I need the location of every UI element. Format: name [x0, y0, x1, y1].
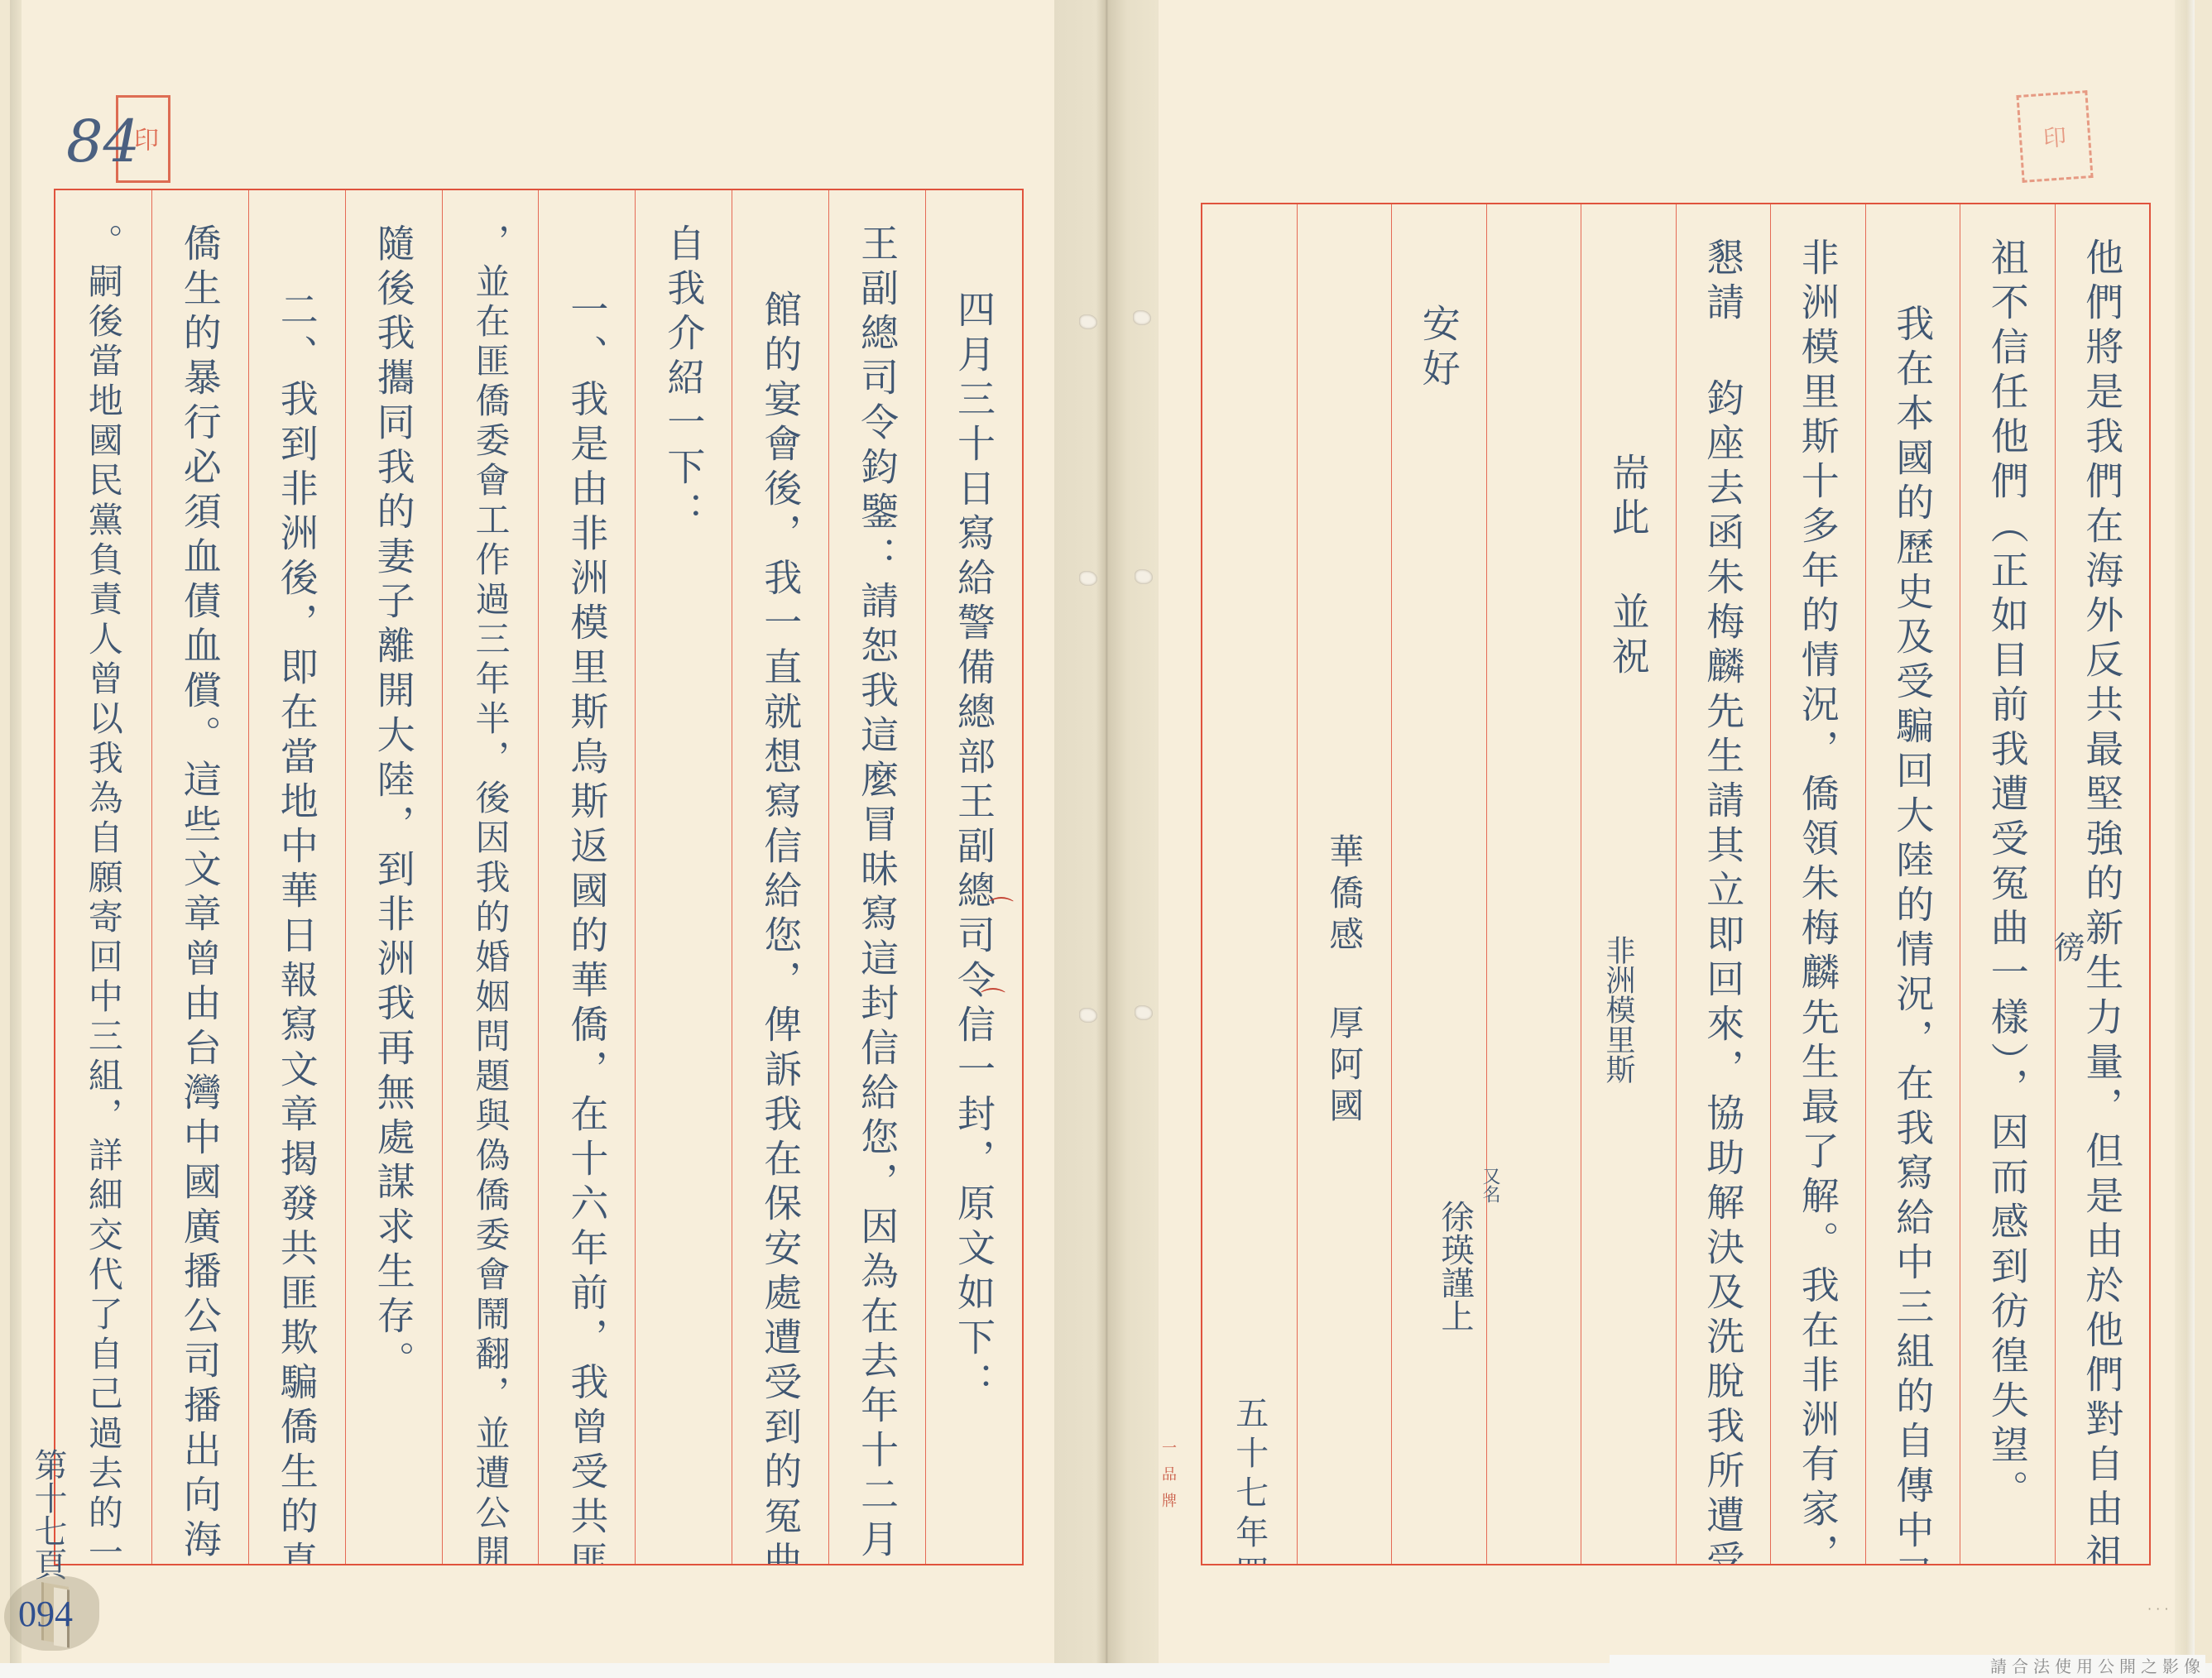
signature-origin: 非洲模里斯 [1597, 935, 1639, 1084]
binding-hole [1079, 571, 1097, 586]
date-column: 五十七年四月廿二日 [1202, 204, 1297, 1564]
seal-stamp-right: 印 [2016, 90, 2093, 183]
binding-hole [1079, 314, 1097, 329]
text-column: 一、我是由非洲模里斯烏斯返國的華僑，在十六年前，我曾受共匪欺騙進入大陸 [538, 190, 635, 1564]
text-column: 他們將是我們在海外反共最堅強的新生力量，但是由於他們對自由祖國政策不了解，又怕自… [2055, 204, 2150, 1564]
text-column: 。嗣後當地國民黨負責人曾以我為自願寄回中三組，詳細交代了自己過去的一切問題。（這… [55, 190, 151, 1564]
closing-line-2: 並祝 [1610, 592, 1648, 681]
right-page-grid: 他們將是我們在海外反共最堅強的新生力量，但是由於他們對自由祖國政策不了解，又怕自… [1201, 203, 2151, 1565]
binding-hole [1133, 310, 1151, 325]
closing-line-1: 耑此 [1610, 453, 1648, 542]
faint-pencil-mark: · · · [2147, 1601, 2168, 1617]
text-column: 祖不信任他們（正如目前我遭受冤曲一樣），因而感到彷徨失望。 [1960, 204, 2055, 1564]
text-column: 非洲模里斯十多年的情況，僑領朱梅麟先生最了解。我在非洲有家，有妻兒等嗷嗷待哺，我 [1770, 204, 1865, 1564]
archive-stamp-number: 094 [18, 1593, 73, 1635]
marginal-correction: 徬 [2044, 931, 2090, 962]
signature-name: 華僑感 厚阿國 [1327, 833, 1361, 1129]
alias-label: 又名 [1477, 1167, 1503, 1203]
text-column: 隨後我攜同我的妻子離開大陸，到非洲我再無處謀求生存。 [345, 190, 442, 1564]
text-column: 自我介紹一下： [635, 190, 732, 1564]
red-correction-mark: ⌒ [981, 980, 1005, 1017]
text-column [1486, 204, 1581, 1564]
usage-watermark: 請合法使用公開之影像 [1610, 1655, 2205, 1678]
text-column: 館的宴會後，我一直就想寫信給您，俾訴我在保安處遭受到的冤曲。現在，讓我從頭略 [732, 190, 828, 1564]
text-column: 僑生的暴行必須血債血償。這些文章曾由台灣中國廣播公司播出向海外華僑加以廣播 [151, 190, 248, 1564]
closing-column: 安好 [1391, 204, 1486, 1564]
text-column: 我在本國的歷史及受騙回大陸的情況，在我寫給中三組的自傳中已經詳細徹底交代，我在 [1865, 204, 1960, 1564]
page-edge-right [2175, 0, 2195, 1663]
page-label: 第十七頁 [25, 1448, 72, 1580]
red-correction-mark: ⌒ [989, 889, 1014, 926]
signature-column: 華僑感 厚阿國 [1297, 204, 1392, 1564]
closing-column: 耑此 並祝 [1581, 204, 1676, 1564]
binding-hole [1135, 1005, 1153, 1020]
folio-number: 84 [66, 108, 140, 175]
binding-hole [1135, 569, 1153, 584]
left-page-grid: 四月三十日寫給警備總部王副總司令信一封，原文如下： 王副總司令鈞鑒：請恕我這麼冒… [54, 189, 1024, 1565]
text-column: ，並在匪僑委會工作過三年半，後因我的婚姻問題與偽僑委會鬧翻，並遭公開宣佈， [442, 190, 539, 1564]
text-column: 二、我到非洲後，即在當地中華日報寫文章揭發共匪欺騙僑生的真面目，並痛斥共匪對 [248, 190, 345, 1564]
binding-gutter [1054, 0, 1159, 1663]
text-column: 懇請 鈞座去函朱梅麟先生請其立即回來，協助解決及洗脫我所遭受到的最大冤屈。 [1676, 204, 1771, 1564]
page-edge-left [10, 0, 22, 1663]
binding-hole [1079, 1008, 1097, 1023]
paper-brand-mark: 一品牌 [1157, 1440, 1178, 1519]
text-column: 四月三十日寫給警備總部王副總司令信一封，原文如下： [925, 190, 1022, 1564]
signature-alias: 徐瑛謹上 [1432, 1200, 1479, 1332]
text-column: 王副總司令鈞鑒：請恕我這麼冒昧寫這封信給您，因為在去年十二月廿七日晚我參加僑聯會 [828, 190, 925, 1564]
